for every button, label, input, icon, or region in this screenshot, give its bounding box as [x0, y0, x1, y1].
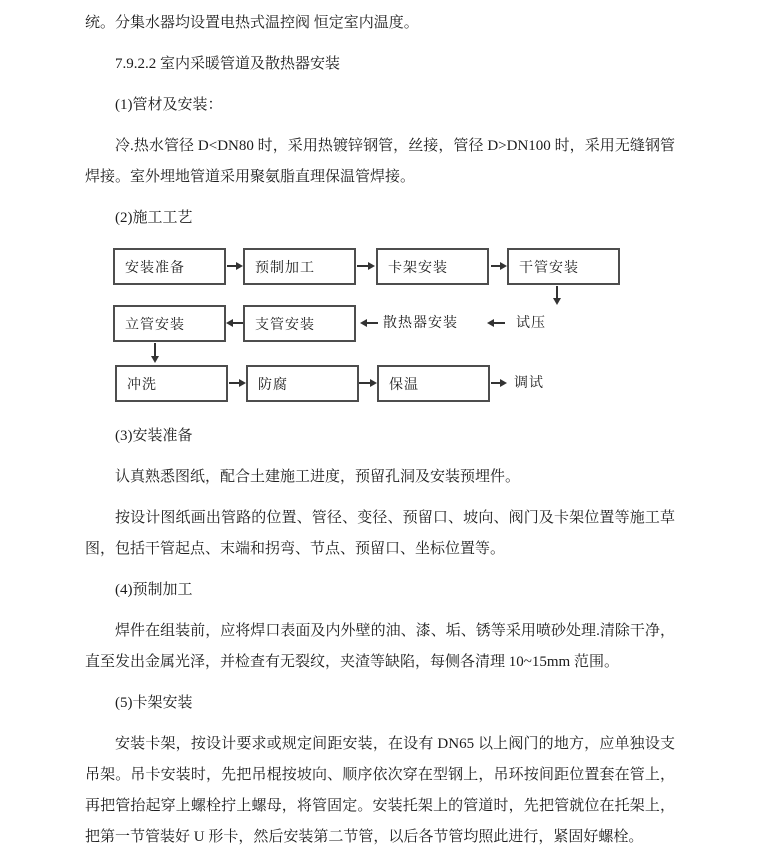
sub3-body2: 按设计图纸画出管路的位置、管径、变径、预留口、坡向、阀门及卡架位置等施工草图，包… [85, 503, 675, 565]
sub1-body: 冷.热水管径 D<DN80 时，采用热镀锌钢管，丝接，管径 D>DN100 时，… [85, 131, 675, 193]
flow-step-riser: 立管安装 [113, 305, 226, 342]
flow-step-main-pipe-label: 干管安装 [519, 257, 579, 277]
flow-step-radiator: 散热器安装 [383, 305, 458, 342]
arrow-right-icon [359, 382, 370, 384]
arrow-right-icon [227, 265, 236, 267]
sub1-heading: (1)管材及安装： [85, 90, 675, 121]
document-page: 统。分集水器均设置电热式温控阀 恒定室内温度。 7.9.2.2 室内采暖管道及散… [0, 0, 760, 867]
flow-step-commissioning: 调试 [514, 365, 544, 402]
arrow-left-icon [233, 322, 243, 324]
flow-step-insulation-label: 保温 [389, 374, 419, 394]
process-flowchart: 安装准备 预制加工 卡架安装 干管安装 立管安装 支管安装 散热器安装 试压 冲… [0, 244, 760, 409]
flow-step-flush-label: 冲洗 [127, 374, 157, 394]
flow-step-main-pipe: 干管安装 [507, 248, 620, 285]
flow-step-insulation: 保温 [377, 365, 490, 402]
sub4-heading: (4)预制加工 [85, 575, 675, 606]
arrow-right-icon [229, 382, 239, 384]
flow-step-bracket: 卡架安装 [376, 248, 489, 285]
flow-step-prepare-label: 安装准备 [125, 257, 185, 277]
sub2-heading: (2)施工工艺 [85, 203, 675, 234]
arrow-right-icon [491, 265, 500, 267]
arrow-left-icon [367, 322, 378, 324]
sub3-body1: 认真熟悉图纸，配合土建施工进度，预留孔洞及安装预埋件。 [85, 462, 675, 493]
intro-line: 统。分集水器均设置电热式温控阀 恒定室内温度。 [85, 8, 675, 39]
flow-step-pressure-test: 试压 [516, 305, 546, 342]
flow-step-riser-label: 立管安装 [125, 314, 185, 334]
sub4-body: 焊件在组装前，应将焊口表面及内外壁的油、漆、垢、锈等采用喷砂处理.清除干净，直至… [85, 616, 675, 678]
sub3-heading: (3)安装准备 [85, 421, 675, 452]
flow-step-prefab-label: 预制加工 [255, 257, 315, 277]
flow-step-branch-label: 支管安装 [255, 314, 315, 334]
section-heading: 7.9.2.2 室内采暖管道及散热器安装 [85, 49, 675, 80]
flow-step-prepare: 安装准备 [113, 248, 226, 285]
arrow-down-icon [556, 286, 558, 298]
sub5-heading: (5)卡架安装 [85, 688, 675, 719]
flow-step-anticorrosion-label: 防腐 [258, 374, 288, 394]
arrow-left-icon [494, 322, 505, 324]
flow-step-branch: 支管安装 [243, 305, 356, 342]
flow-step-bracket-label: 卡架安装 [388, 257, 448, 277]
arrow-down-icon [154, 343, 156, 356]
flow-step-anticorrosion: 防腐 [246, 365, 359, 402]
arrow-right-icon [357, 265, 368, 267]
flow-step-flush: 冲洗 [115, 365, 228, 402]
flow-step-prefab: 预制加工 [243, 248, 356, 285]
arrow-right-icon [491, 382, 500, 384]
sub5-body: 安装卡架，按设计要求或规定间距安装，在设有 DN65 以上阀门的地方，应单独设支… [85, 729, 675, 853]
